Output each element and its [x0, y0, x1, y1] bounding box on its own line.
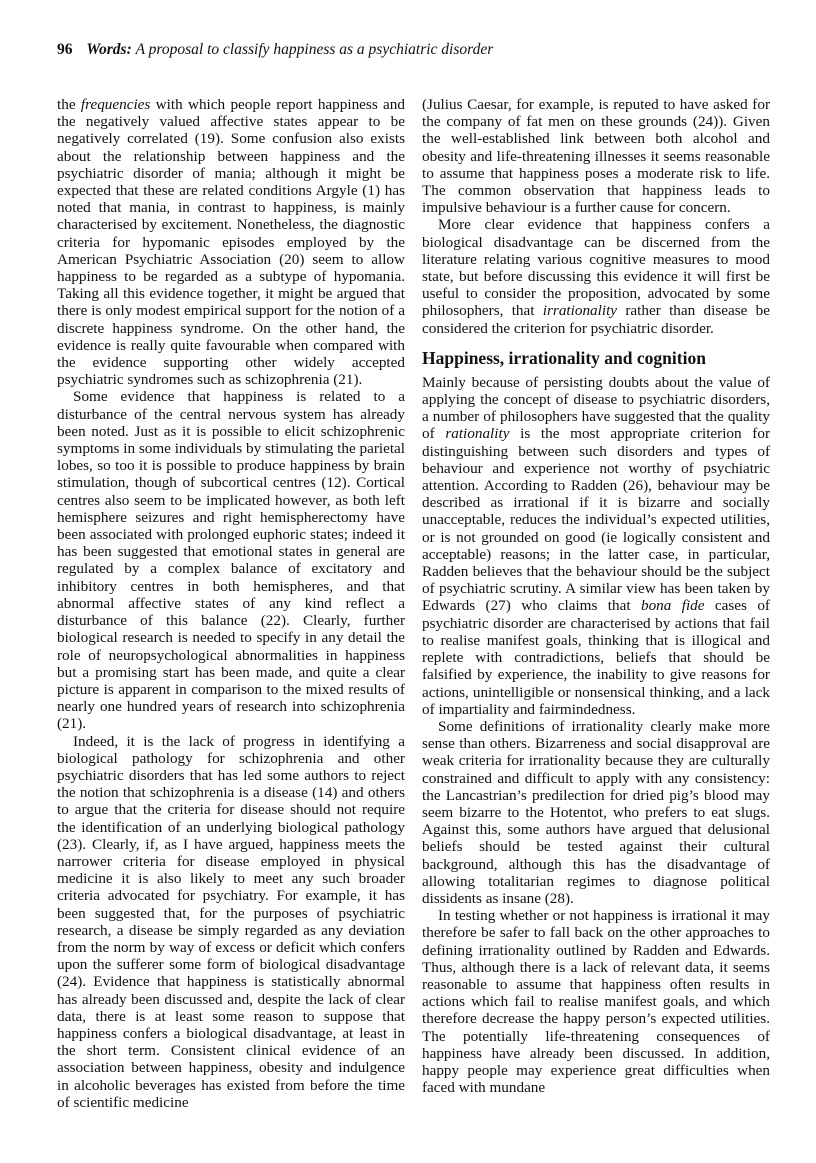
- text-run: with which people report happiness and t…: [57, 96, 405, 388]
- page-number: 96: [57, 41, 73, 58]
- left-column: the frequencies with which people report…: [57, 96, 405, 1111]
- running-head-author: Words:: [86, 41, 131, 58]
- running-head: 96 Words: A proposal to classify happine…: [57, 40, 777, 60]
- text-run: cases of psychiatric disorder are charac…: [422, 597, 770, 717]
- emphasis: frequencies: [81, 96, 150, 113]
- paragraph: the frequencies with which people report…: [57, 96, 405, 388]
- right-column: (Julius Caesar, for example, is reputed …: [422, 96, 770, 1096]
- paragraph: (Julius Caesar, for example, is reputed …: [422, 96, 770, 216]
- text-run: the: [57, 96, 81, 113]
- emphasis: rationality: [445, 425, 509, 442]
- emphasis: irrationality: [543, 302, 617, 319]
- paragraph: In testing whether or not happiness is i…: [422, 907, 770, 1096]
- paragraph: More clear evidence that happiness confe…: [422, 216, 770, 336]
- paragraph: Some definitions of irrationality clearl…: [422, 718, 770, 907]
- paragraph: Some evidence that happiness is related …: [57, 388, 405, 732]
- section-heading: Happiness, irrationality and cognition: [422, 348, 770, 368]
- emphasis: bona fide: [641, 597, 705, 614]
- running-head-title: A proposal to classify happiness as a ps…: [136, 41, 494, 58]
- text-run: is the most appropriate criterion for di…: [422, 425, 770, 614]
- paragraph: Mainly because of persisting doubts abou…: [422, 374, 770, 718]
- paragraph: Indeed, it is the lack of progress in id…: [57, 733, 405, 1111]
